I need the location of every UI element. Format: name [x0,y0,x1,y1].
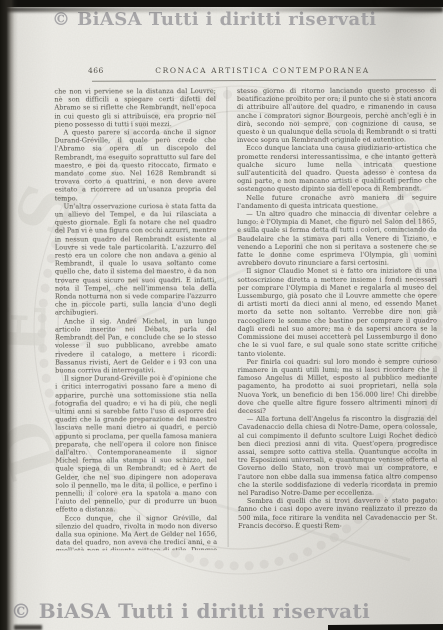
journal-running-title: CRONACA ARTISTICA CONTEMPORANEA [155,66,370,75]
paragraph: Anche il sig. André Michel, in un lungo … [55,317,217,375]
paragraph: A questo parere si accorda anche il sign… [55,128,217,202]
left-column: che non vi perviene se la distanza dal L… [54,87,217,550]
watermark-top: © BiASA Tutti i diritti riservati [52,9,377,30]
header-rule [92,79,436,82]
page-header: 466 CRONACA ARTISTICA CONTEMPORANEA [88,66,437,75]
paragraph: Un'altra osservazione curiosa è stata fa… [55,202,217,317]
paragraph: Nelle future cronache avrò maniera di se… [237,193,436,210]
column-divider [226,87,228,547]
paragraph: Il signor Durand-Gréville poi è d'opinio… [55,374,217,514]
paragraph: — Un altro quadro che minaccia di divent… [237,210,437,268]
paragraph: Ecco dunque lanciata una causa giudiziar… [237,144,437,194]
right-column: stesso giorno di ritorno lanciando quest… [237,87,438,551]
scan-edge-top-right [373,0,443,16]
page-number: 466 [88,66,104,75]
paragraph: — Alla fortuna dell'Angelus fa riscontro… [238,415,438,498]
scanned-page: S E D © BiASA Tutti i diritti riservati … [0,0,443,630]
watermark-bottom: © BiASA Tutti i diritti riservati [11,599,370,623]
paragraph: Il signor Claudio Monet si è fatto ora i… [237,267,437,358]
paragraph: che non vi perviene se la distanza dal L… [54,87,216,128]
paragraph: stesso giorno di ritorno lanciando quest… [237,87,437,145]
paragraph: Ecco dunque, che il signor Gréville, dal… [56,514,218,551]
scan-edge-bottom-left [14,625,42,630]
text-columns: che non vi perviene se la distanza dal L… [54,87,437,551]
paragraph: Sembra di quelli che si trovi davvero è … [238,497,438,530]
scan-edge-bottom-right [328,624,443,630]
scan-edge-left [0,0,18,630]
paragraph: Per finirla coi quadri: sul loro mondo è… [238,357,438,415]
